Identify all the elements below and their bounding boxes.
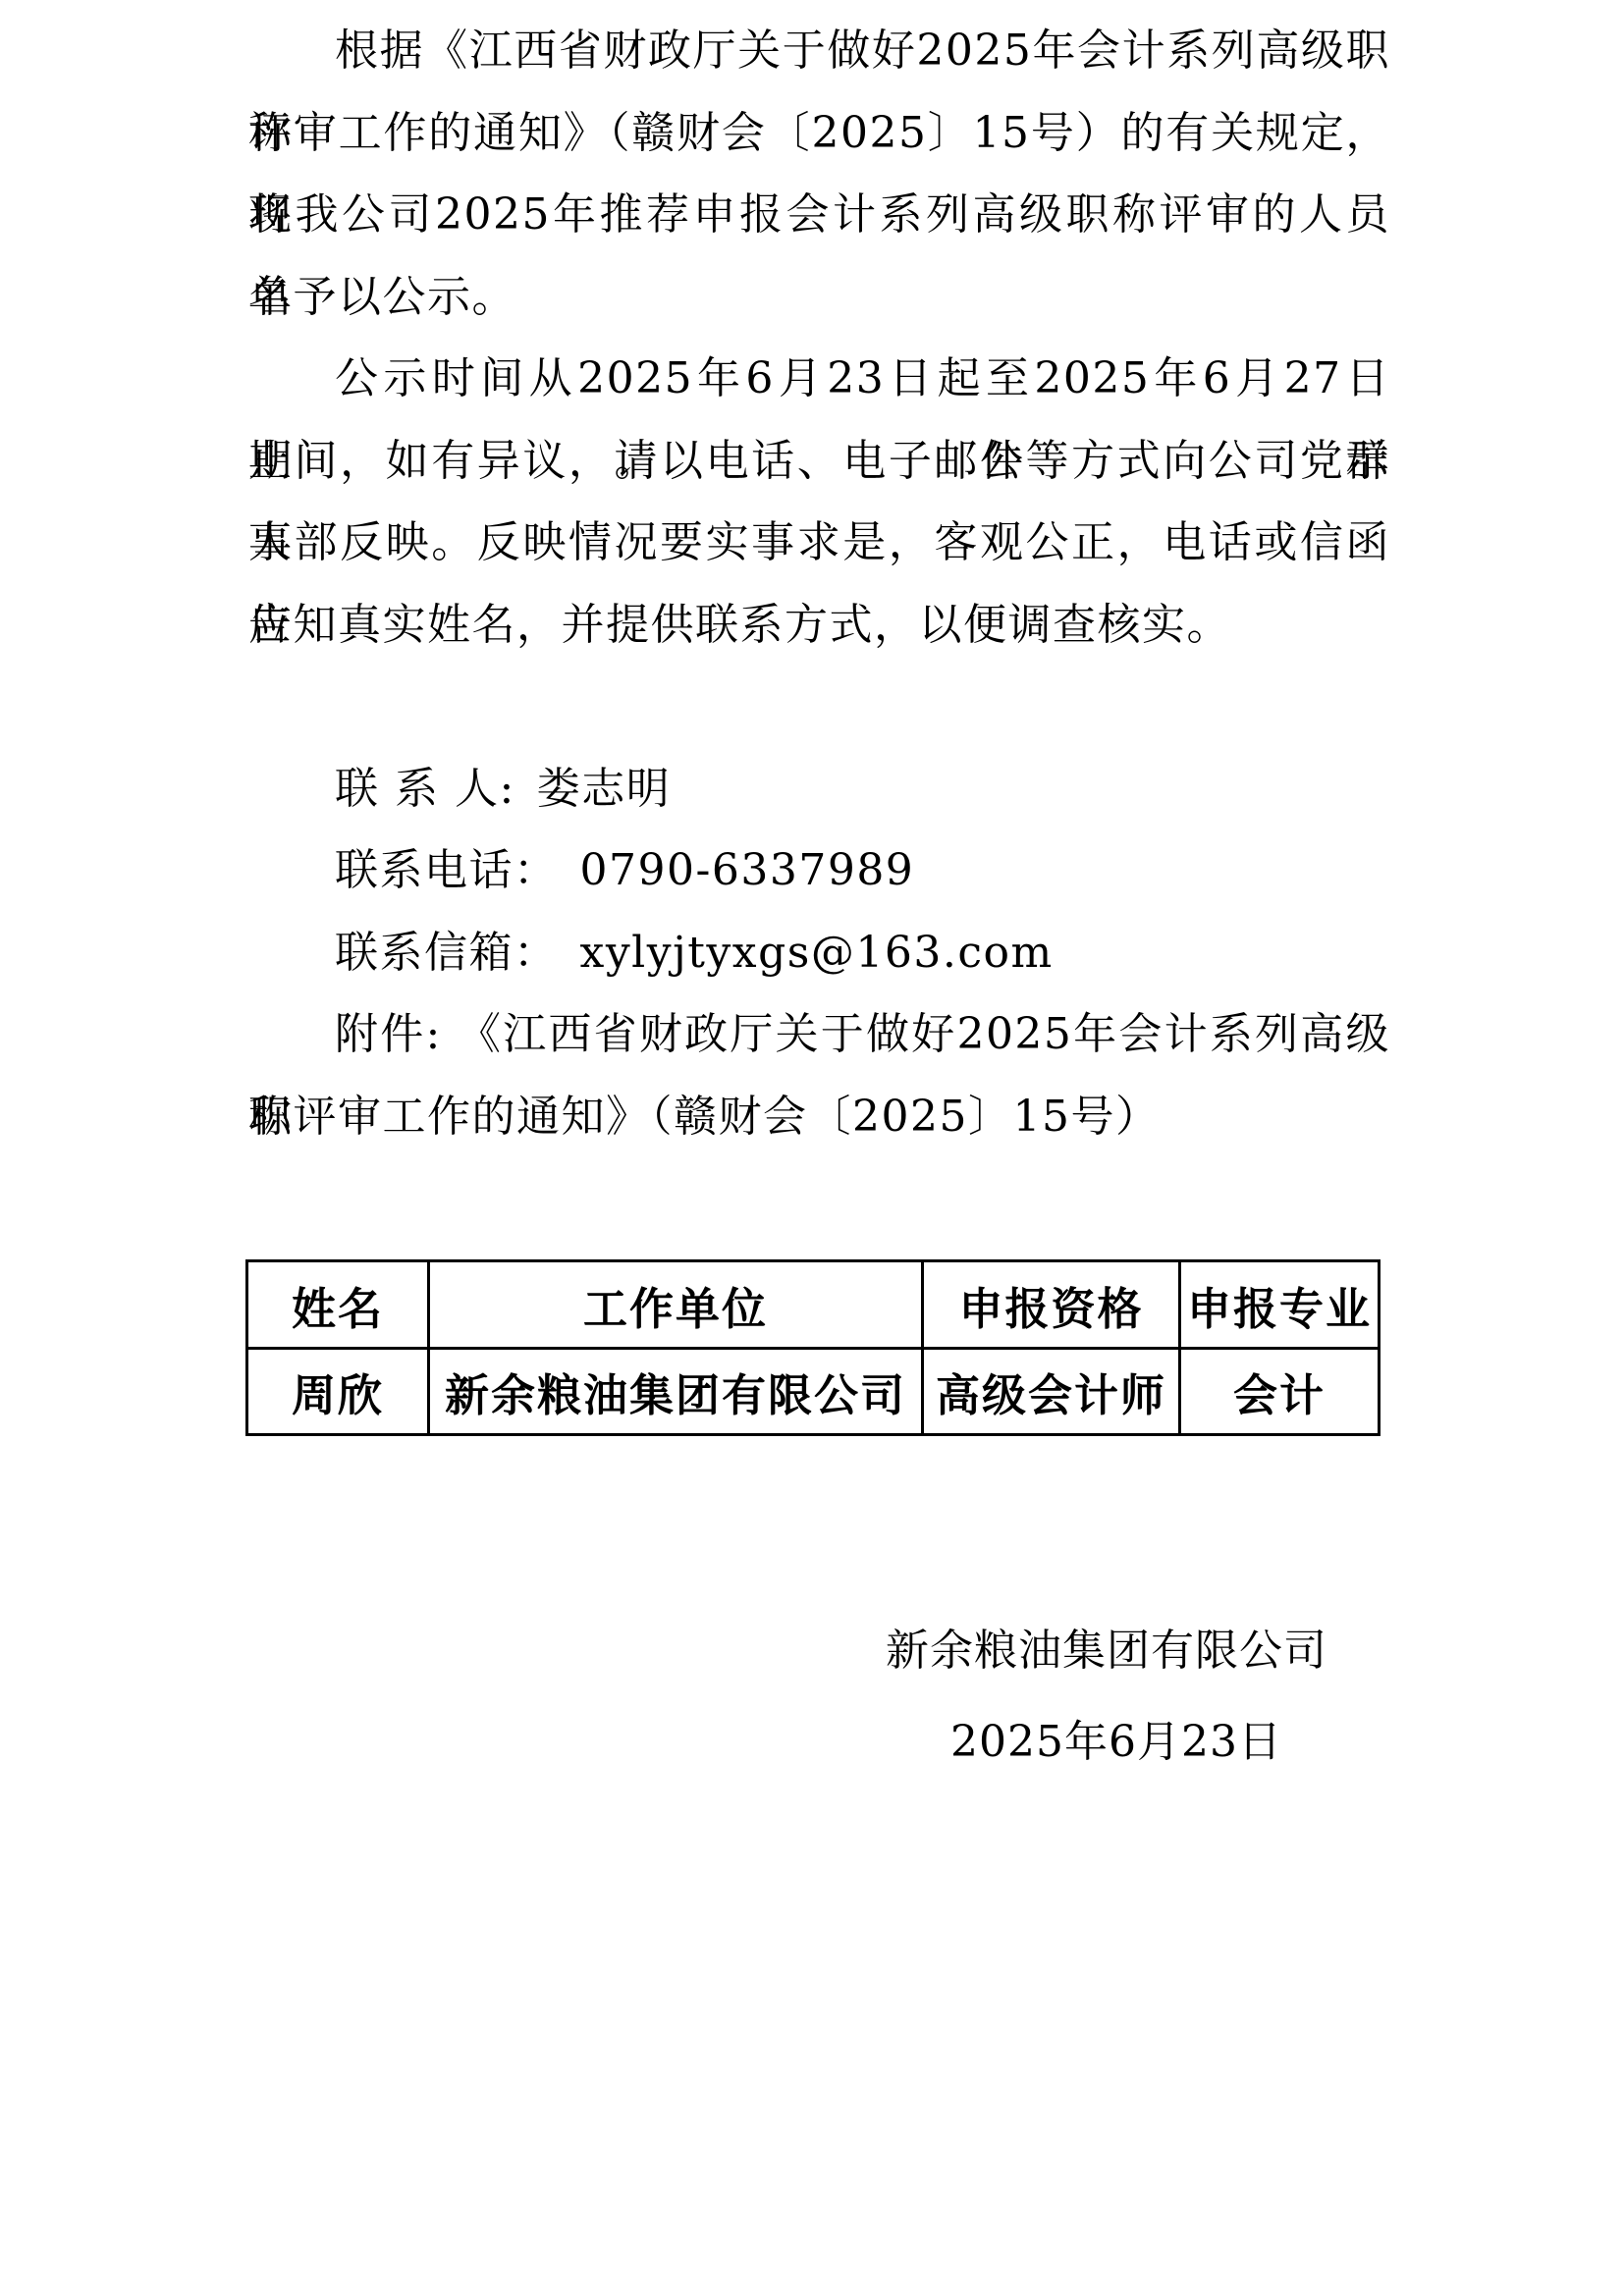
paragraph2-line-1: 公示时间从2025年6月23日起至2025年6月27日止。公示: [248, 338, 1390, 420]
cell-major: 会计: [1180, 1349, 1380, 1435]
contact-phone-line: 联系电话：0790-6337989: [248, 829, 1390, 912]
document-page: 根据《江西省财政厅关于做好2025年会计系列高级职称 评审工作的通知》（赣财会〔…: [0, 0, 1624, 2296]
paragraph1-line-2: 评审工作的通知》（赣财会〔2025〕15号）的有关规定，现: [248, 92, 1390, 175]
contact-email-label: 联系信箱：: [335, 928, 559, 978]
signature-date: 2025年6月23日: [248, 1706, 1390, 1769]
col-header-qualification: 申报资格: [923, 1261, 1180, 1349]
contact-phone-number: 0790-6337989: [580, 845, 915, 895]
signature-company: 新余粮油集团有限公司: [248, 1615, 1390, 1678]
attachment-line-1: 附件: 《江西省财政厅关于做好2025年会计系列高级职: [248, 993, 1390, 1076]
paragraph1-line-4: 单予以公示。: [248, 256, 1390, 339]
col-header-work-unit: 工作单位: [429, 1261, 923, 1349]
contact-phone-label: 联系电话：: [335, 845, 559, 895]
applicants-table: 姓名 工作单位 申报资格 申报专业 周欣 新余粮油集团有限公司 高级会计师 会计: [245, 1259, 1380, 1436]
col-header-name: 姓名: [247, 1261, 429, 1349]
col-header-major: 申报专业: [1180, 1261, 1380, 1349]
table-row: 周欣 新余粮油集团有限公司 高级会计师 会计: [247, 1349, 1380, 1435]
contact-person-label: 联 系 人:: [335, 764, 515, 814]
paragraph1-line-3: 将我公司2025年推荐申报会计系列高级职称评审的人员名: [248, 174, 1390, 256]
cell-name: 周欣: [247, 1349, 429, 1435]
contact-email-line: 联系信箱：xylyjtyxgs@163.com: [248, 912, 1390, 994]
attachment-line-2: 称评审工作的通知》（赣财会〔2025〕15号）: [248, 1076, 1390, 1158]
paragraph2-line-2: 期间，如有异议，请以电话、电子邮件等方式向公司党群人: [248, 420, 1390, 503]
contact-email-address: xylyjtyxgs@163.com: [580, 928, 1054, 978]
notice-body: 根据《江西省财政厅关于做好2025年会计系列高级职称 评审工作的通知》（赣财会〔…: [248, 10, 1390, 1157]
paragraph2-line-3: 事部反映。反映情况要实事求是，客观公正，电话或信函应: [248, 502, 1390, 584]
cell-qualification: 高级会计师: [923, 1349, 1180, 1435]
paragraph1-line-1: 根据《江西省财政厅关于做好2025年会计系列高级职称: [248, 10, 1390, 92]
paragraph2-line-4: 告知真实姓名，并提供联系方式，以便调查核实。: [248, 584, 1390, 667]
blank-line: [248, 666, 1390, 748]
table-header-row: 姓名 工作单位 申报资格 申报专业: [247, 1261, 1380, 1349]
cell-work-unit: 新余粮油集团有限公司: [429, 1349, 923, 1435]
contact-person-name: 娄志明: [537, 764, 672, 814]
contact-person-line: 联 系 人:娄志明: [248, 748, 1390, 830]
